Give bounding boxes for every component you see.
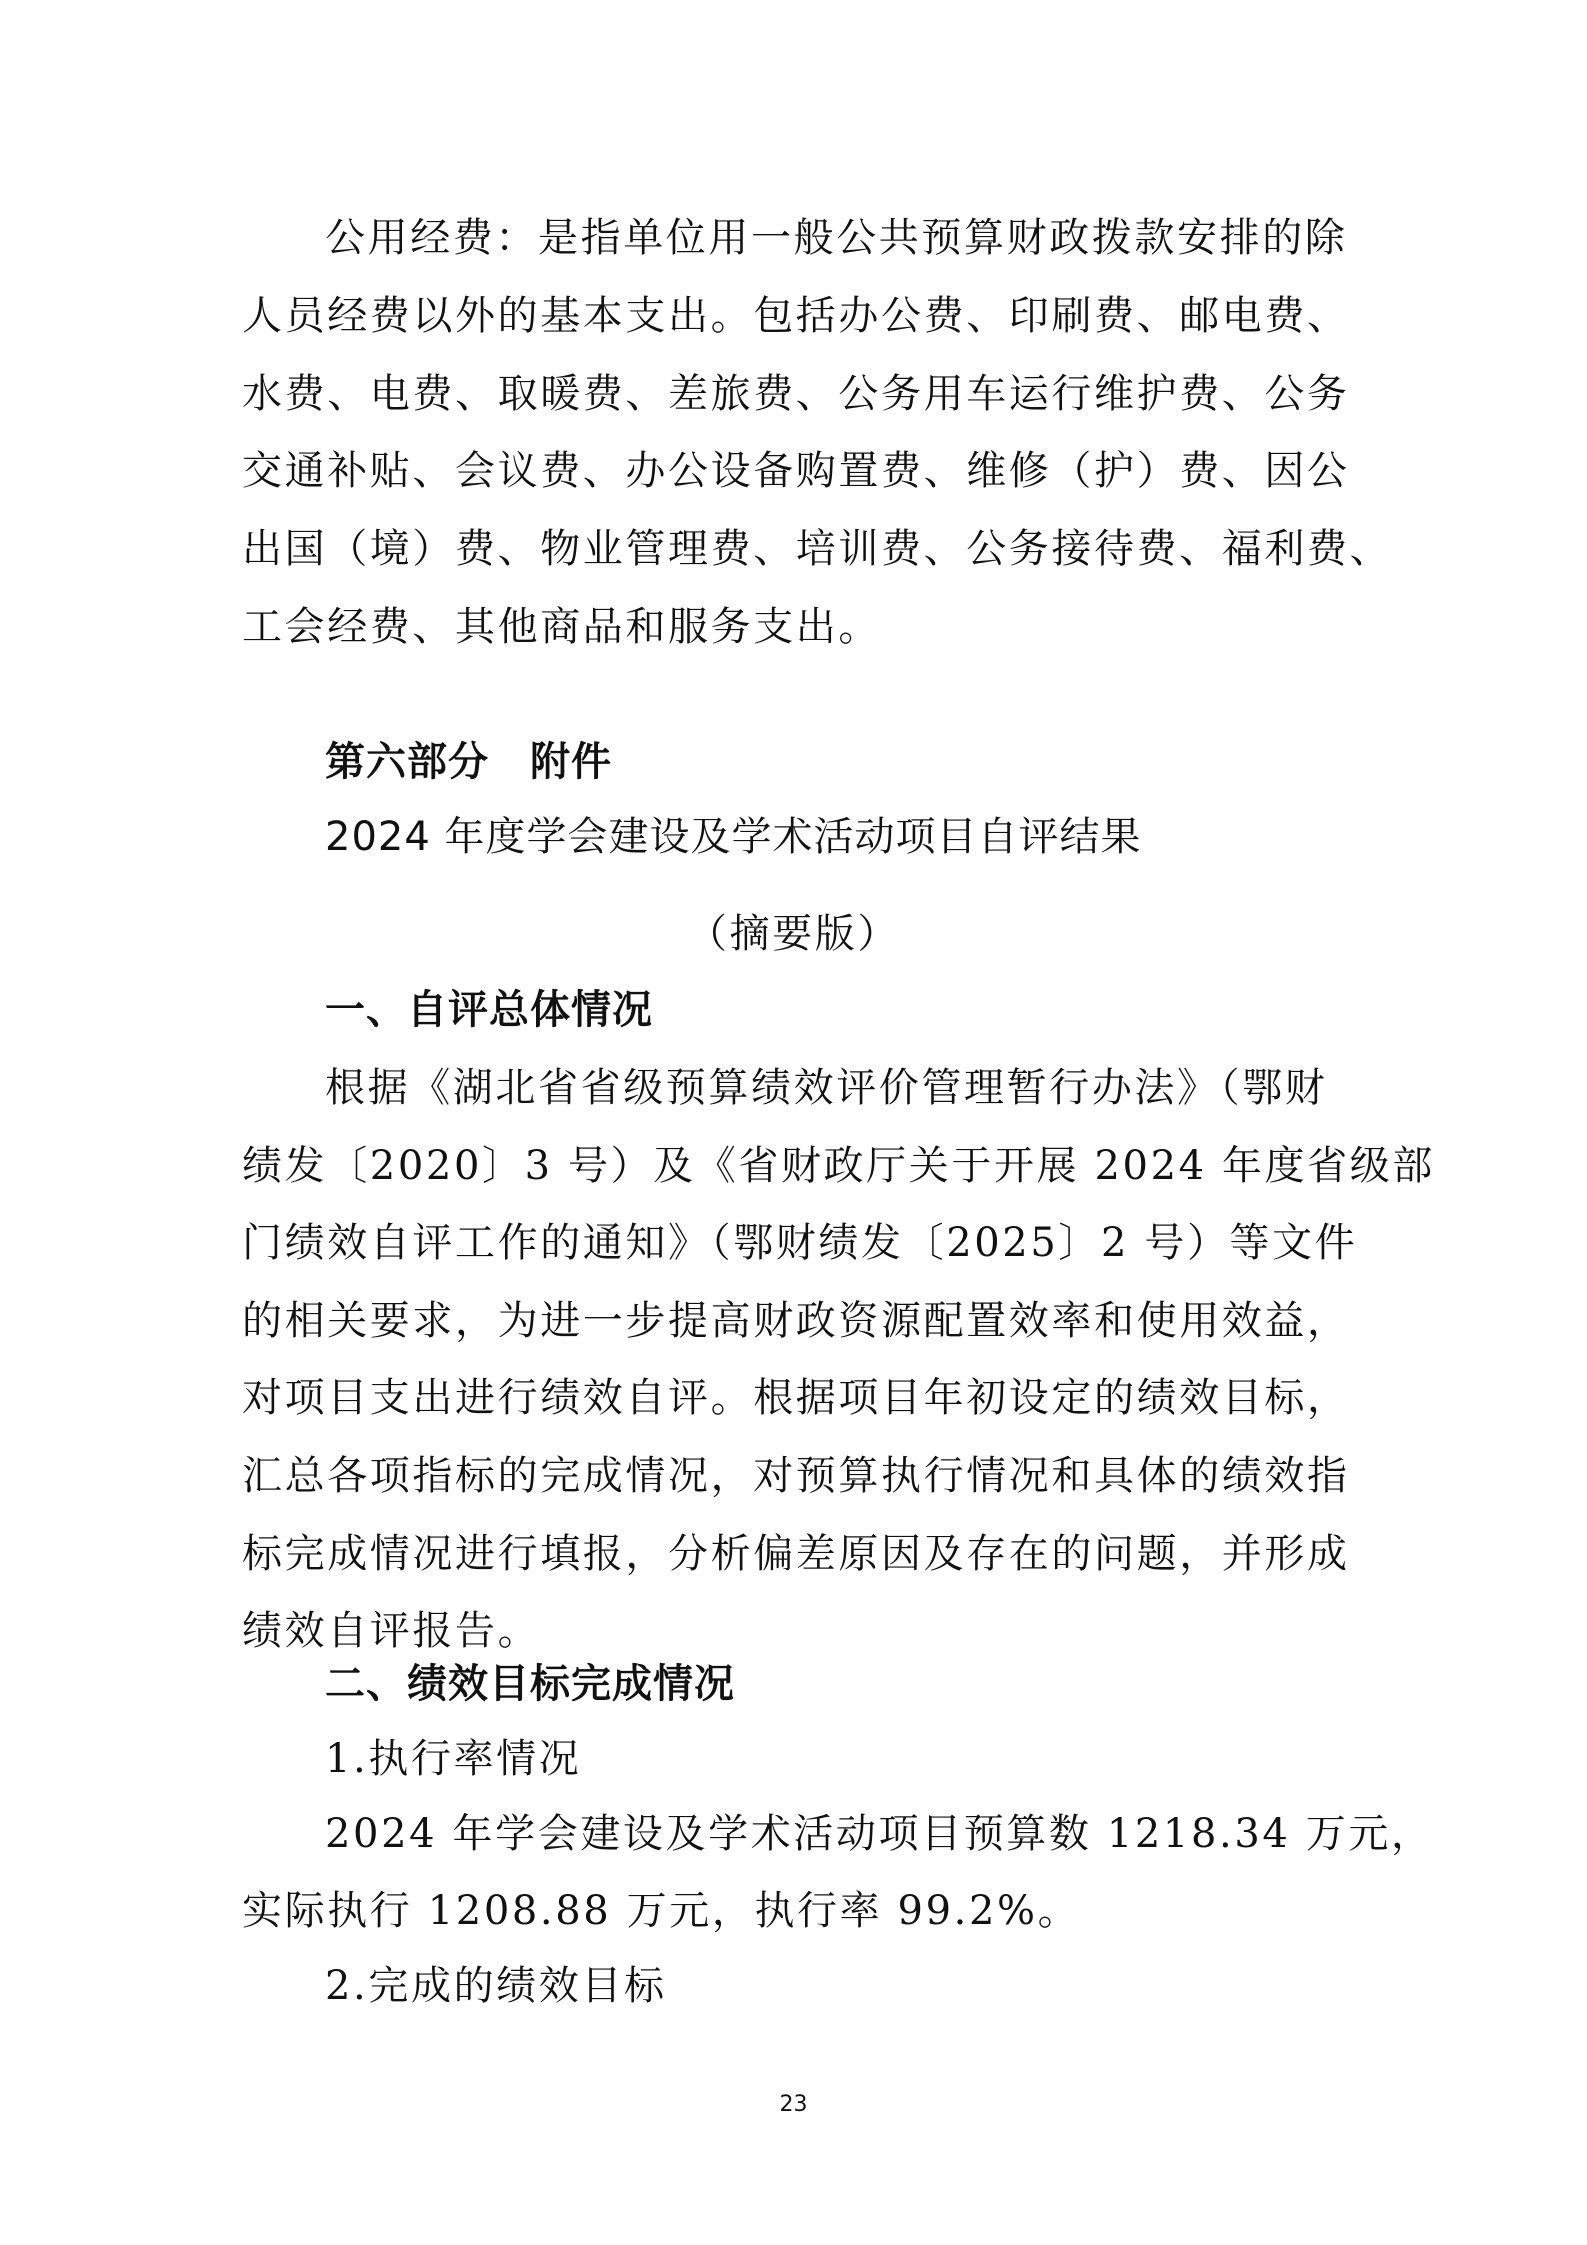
paragraph-line: 2024 年学会建设及学术活动项目预算数 1218.34 万元， [325, 1810, 1355, 1858]
paragraph-line: 实际执行 1208.88 万元，执行率 99.2%。 [242, 1887, 1354, 1935]
paragraph-line: 门绩效自评工作的通知》（鄂财绩发〔2025〕2 号）等文件 [242, 1219, 1354, 1267]
execution-rate-heading: 1.执行率情况 [325, 1735, 1355, 1783]
paragraph-line: 绩效自评报告。 [242, 1607, 1354, 1655]
paragraph-line: 汇总各项指标的完成情况，对预算执行情况和具体的绩效指 [242, 1452, 1354, 1500]
part1-heading: 一、自评总体情况 [325, 986, 1355, 1034]
report-title: 2024 年度学会建设及学术活动项目自评结果 [325, 813, 1355, 861]
paragraph-line: 标完成情况进行填报，分析偏差原因及存在的问题，并形成 [242, 1530, 1354, 1578]
paragraph-line: 工会经费、其他商品和服务支出。 [242, 603, 1354, 651]
part2-heading: 二、绩效目标完成情况 [325, 1660, 1355, 1708]
paragraph-line: 交通补贴、会议费、办公设备购置费、维修（护）费、因公 [242, 447, 1354, 495]
completed-goals-heading: 2.完成的绩效目标 [325, 1962, 1355, 2010]
paragraph-line: 绩发〔2020〕3 号）及《省财政厅关于开展 2024 年度省级部 [242, 1142, 1354, 1190]
paragraph-line: 对项目支出进行绩效自评。根据项目年初设定的绩效目标， [242, 1374, 1354, 1422]
paragraph-line: 人员经费以外的基本支出。包括办公费、印刷费、邮电费、 [242, 292, 1354, 340]
page-number: 23 [0, 2092, 1587, 2117]
paragraph-line: 出国（境）费、物业管理费、培训费、公务接待费、福利费、 [242, 525, 1354, 573]
paragraph-line: 水费、电费、取暖费、差旅费、公务用车运行维护费、公务 [242, 370, 1354, 418]
report-subtitle: （摘要版） [0, 910, 1587, 958]
paragraph-line: 公用经费：是指单位用一般公共预算财政拨款安排的除 [325, 214, 1355, 262]
paragraph-line: 根据《湖北省省级预算绩效评价管理暂行办法》（鄂财 [325, 1064, 1355, 1112]
section-heading: 第六部分 附件 [325, 738, 1355, 786]
paragraph-line: 的相关要求，为进一步提高财政资源配置效率和使用效益， [242, 1297, 1354, 1345]
document-page: 公用经费：是指单位用一般公共预算财政拨款安排的除 人员经费以外的基本支出。包括办… [0, 0, 1587, 2245]
